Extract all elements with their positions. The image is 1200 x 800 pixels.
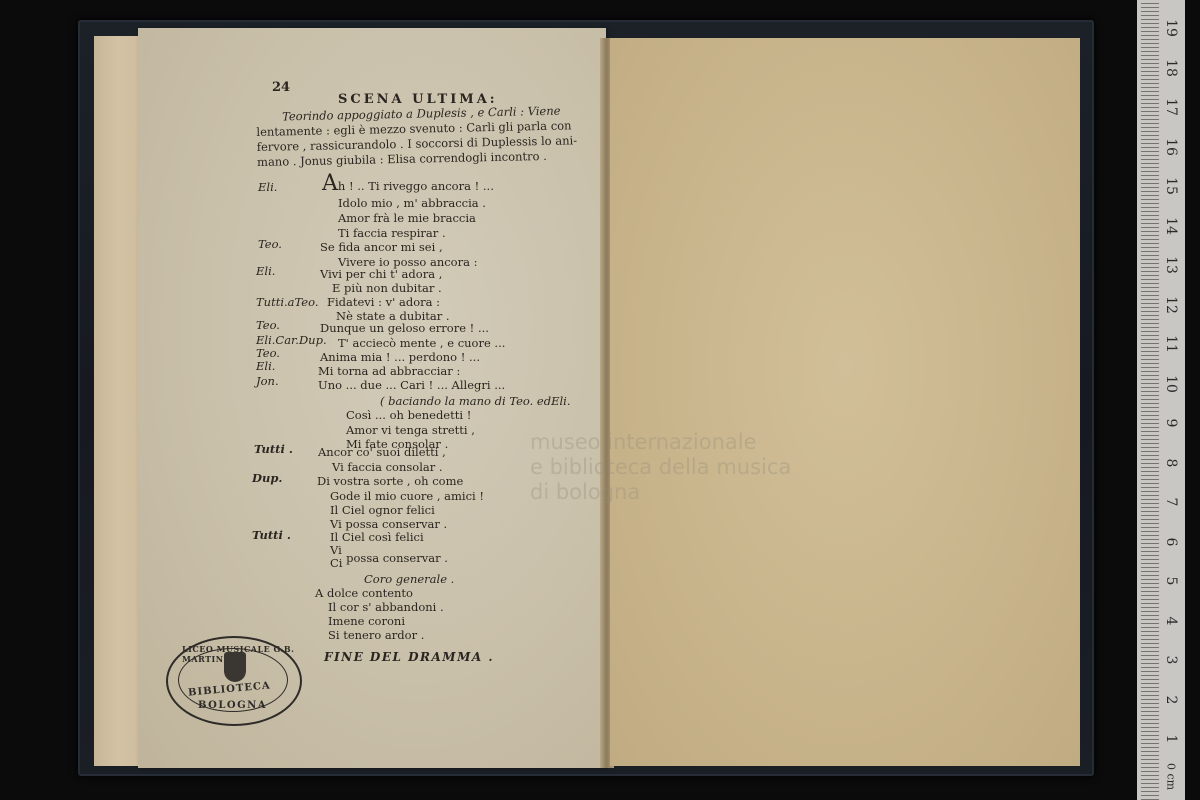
stamp-bottom-text: BOLOGNA — [198, 700, 267, 711]
watermark-line: di bologna — [530, 480, 791, 505]
verse-line: Se fida ancor mi sei , — [320, 240, 443, 254]
verse-line: Ci possa conservar . — [330, 556, 448, 570]
verse-alt-word: Ci — [330, 556, 342, 570]
verse-line: Si tenero ardor . — [328, 628, 424, 642]
verse-line: Ti faccia respirar . — [338, 226, 446, 240]
verse-line: A dolce contento — [315, 586, 413, 600]
verse-line: Amor frà le mie braccia — [338, 211, 476, 225]
speaker-label: Teo. — [256, 318, 280, 332]
verse-line: Uno ... due ... Cari ! ... Allegri ... — [318, 378, 505, 392]
verse-line: Vivi per chi t' adora , — [320, 267, 442, 281]
ruler-label: 13 — [1163, 255, 1179, 275]
ruler-label: 4 — [1163, 611, 1179, 631]
speaker-label: Eli.Car.Dup. — [256, 333, 327, 347]
ruler-label: 16 — [1163, 137, 1179, 157]
stage-direction: Teorindo appoggiato a Duplesis , e Carli… — [256, 103, 578, 170]
measurement-ruler: 191817161514131211109876543210 cm — [1137, 0, 1185, 800]
ruler-unit-label: 0 cm — [1165, 759, 1178, 795]
verse-line-text: h ! .. Ti riveggo ancora ! ... — [338, 179, 494, 193]
ruler-label: 17 — [1163, 97, 1179, 117]
speaker-label: Dup. — [252, 471, 282, 485]
coat-of-arms-icon — [224, 652, 246, 682]
verse-line: Mi torna ad abbracciar : — [318, 364, 460, 378]
verse-line: Il cor s' abbandoni . — [328, 600, 444, 614]
ruler-label: 2 — [1163, 690, 1179, 710]
ruler-label: 14 — [1163, 216, 1179, 236]
watermark-line: museo internazionale — [530, 430, 791, 455]
speaker-label: Tutti . — [252, 528, 291, 542]
verse-line: Gode il mio cuore , amici ! — [330, 489, 484, 503]
verse-line: Ancor co' suoi diletti , — [318, 445, 446, 459]
chorus-heading: Coro generale . — [364, 572, 454, 586]
stage-aside: ( baciando la mano di Teo. edEli. — [380, 394, 571, 408]
verse-line: Il Ciel ognor felici — [330, 503, 435, 517]
speaker-label: Jon. — [256, 374, 279, 388]
ruler-label: 3 — [1163, 650, 1179, 670]
verse-line: Vi faccia consolar . — [332, 460, 443, 474]
ruler-label: 18 — [1163, 58, 1179, 78]
ruler-label: 7 — [1163, 492, 1179, 512]
verse-line: Il Ciel così felici — [330, 530, 424, 544]
museum-watermark: museo internazionale e biblioteca della … — [530, 430, 791, 505]
verse-line: Di vostra sorte , oh come — [317, 474, 463, 488]
page-number: 24 — [272, 80, 290, 95]
verse-line: Fidatevi : v' adora : — [327, 295, 440, 309]
ruler-label: 12 — [1163, 295, 1179, 315]
right-page-blank — [610, 38, 1080, 766]
ruler-label: 8 — [1163, 453, 1179, 473]
ruler-label: 10 — [1163, 374, 1179, 394]
verse-line-text: possa conservar . — [346, 551, 448, 565]
verse-line: Idolo mio , m' abbraccia . — [338, 196, 486, 210]
speaker-label: Tutti . — [254, 442, 293, 456]
closing-title: FINE DEL DRAMMA . — [324, 650, 494, 664]
verse-line: Imene coroni — [328, 614, 405, 628]
speaker-label: Tutti.aTeo. — [256, 295, 318, 309]
ruler-label: 1 — [1163, 729, 1179, 749]
verse-line: Ah ! .. Ti riveggo ancora ! ... — [322, 176, 494, 193]
speaker-label: Eli. — [258, 180, 277, 194]
verse-line: Vi — [330, 543, 342, 557]
ruler-label: 19 — [1163, 18, 1179, 38]
verse-line: Dunque un geloso errore ! ... — [320, 321, 489, 335]
library-stamp: LICEO MUSICALE G.B. MARTINI BIBLIOTECA B… — [166, 636, 302, 726]
ruler-label: 5 — [1163, 571, 1179, 591]
ruler-label: 9 — [1163, 413, 1179, 433]
verse-line: T' acciecò mente , e cuore ... — [338, 336, 505, 350]
verse-line: Vi possa conservar . — [330, 517, 447, 531]
ruler-label: 6 — [1163, 532, 1179, 552]
verse-line: Amor vi tenga stretti , — [346, 423, 475, 437]
speaker-label: Eli. — [256, 264, 275, 278]
speaker-label: Eli. — [256, 359, 275, 373]
ruler-label: 15 — [1163, 176, 1179, 196]
verse-line: Anima mia ! ... perdono ! ... — [320, 350, 480, 364]
speaker-label: Teo. — [256, 346, 280, 360]
verse-line: E più non dubitar . — [332, 281, 442, 295]
verse-line: Così ... oh benedetti ! — [346, 408, 471, 422]
watermark-line: e biblioteca della musica — [530, 455, 791, 480]
speaker-label: Teo. — [258, 237, 282, 251]
ruler-label: 11 — [1163, 334, 1179, 354]
